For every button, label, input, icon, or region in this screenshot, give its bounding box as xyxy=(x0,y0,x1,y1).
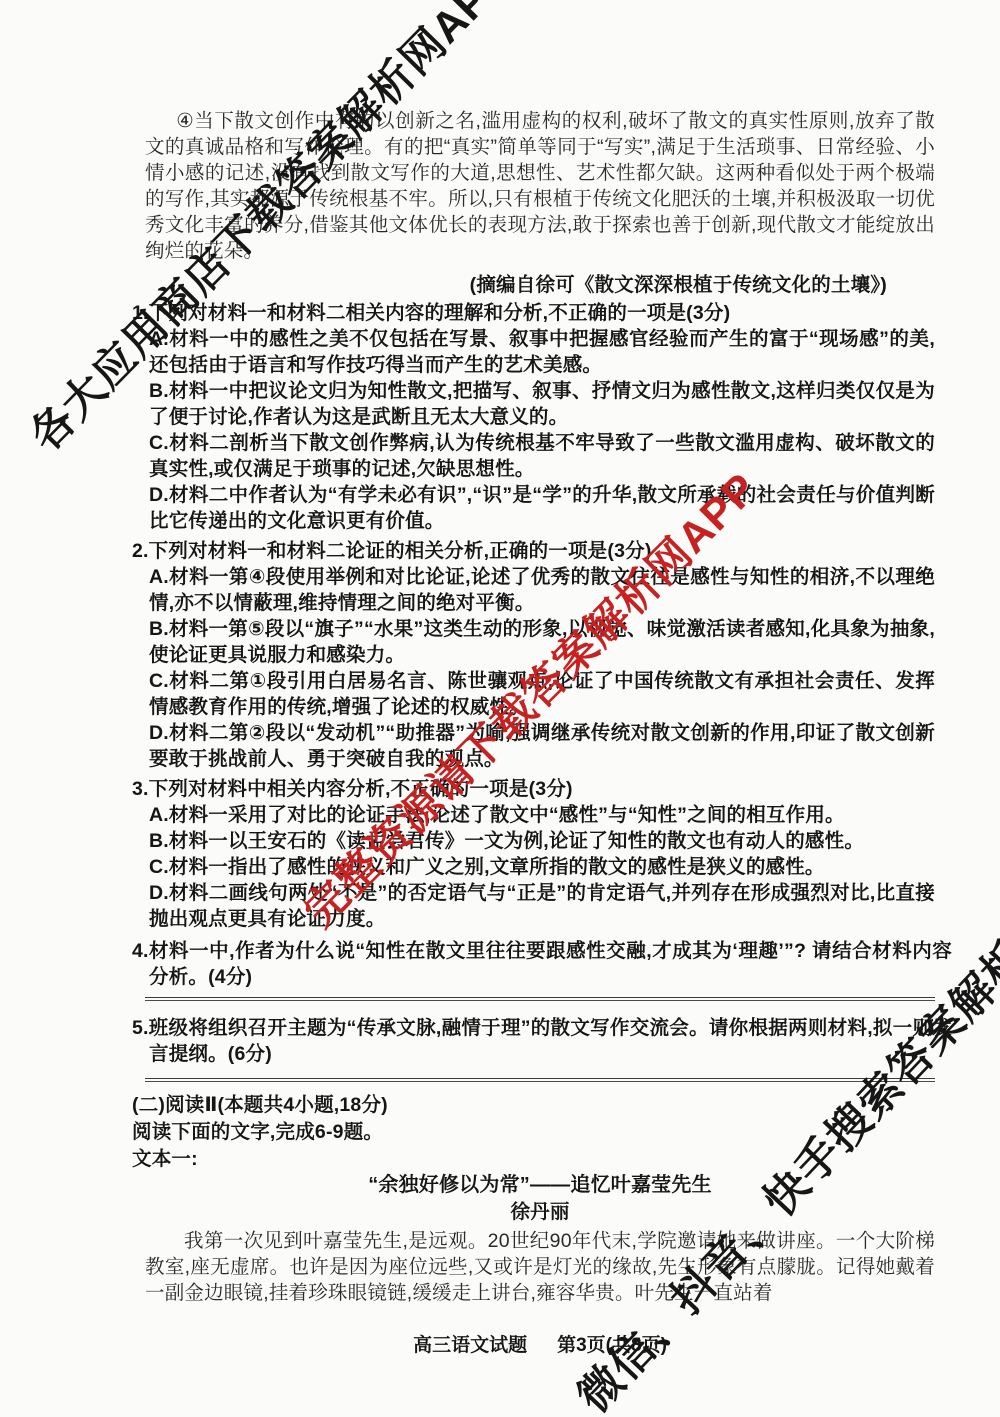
footer-exam-title: 高三语文试题 xyxy=(413,1330,527,1357)
question-1-option-a: A.材料一中的感性之美不仅包括在写景、叙事中把握感官经验而产生的富于“现场感”的… xyxy=(132,326,935,378)
material-attribution: (摘编自徐可《散文深深根植于传统文化的土壤》) xyxy=(470,272,887,298)
essay-title: “余独好修以为常”——追忆叶嘉莹先生 xyxy=(145,1172,935,1198)
question-1-stem: 1.下列对材料一和材料二相关内容的理解和分析,不正确的一项是(3分) xyxy=(132,300,935,326)
question-2: 2.下列对材料一和材料二论证的相关分析,正确的一项是(3分) A.材料一第④段使… xyxy=(132,538,935,772)
reading-instruction: 阅读下面的文字,完成6-9题。 xyxy=(132,1119,935,1145)
question-1-option-b: B.材料一中把议论文归为知性散文,把描写、叙事、抒情文归为感性散文,这样归类仅仅… xyxy=(132,378,935,430)
question-3: 3.下列对材料中相关内容分析,不正确的一项是(3分) A.材料一采用了对比的论证… xyxy=(132,776,935,932)
section-2-heading: (二)阅读Ⅱ(本题共4小题,18分) xyxy=(132,1092,935,1118)
question-1-option-c: C.材料二剖析当下散文创作弊病,认为传统根基不牢导致了一些散文滥用虚构、破坏散文… xyxy=(132,430,935,482)
page-footer: 高三语文试题 第3页(共8页) xyxy=(145,1330,935,1357)
exam-page-scan: ④当下散文创作中有的以创新之名,滥用虚构的权利,破坏了散文的真实性原则,放弃了散… xyxy=(0,0,1000,1417)
question-1-option-d: D.材料二中作者认为“有学未必有识”,“识”是“学”的升华,散文所承载的社会责任… xyxy=(132,482,935,534)
text-one-label: 文本一: xyxy=(132,1146,935,1172)
question-3-option-d: D.材料二画线句两处“不是”的否定语气与“正是”的肯定语气,并列存在形成强烈对比… xyxy=(132,880,935,932)
essay-paragraph-1: 我第一次见到叶嘉莹先生,是远观。20世纪90年代末,学院邀请她来做讲座。一个大阶… xyxy=(145,1228,935,1306)
divider-above-q5 xyxy=(145,997,935,1001)
question-2-option-d: D.材料二第②段以“发动机”“助推器”为喻,强调继承传统对散文创新的作用,印证了… xyxy=(132,720,935,772)
divider-below-q5 xyxy=(145,1078,935,1082)
question-4: 4.材料一中,作者为什么说“知性在散文里往往要跟感性交融,才成其为‘理趣’”? … xyxy=(132,938,952,990)
question-3-option-a: A.材料一采用了对比的论证手法,论述了散文中“感性”与“知性”之间的相互作用。 xyxy=(132,802,935,828)
footer-page-info: 第3页(共8页) xyxy=(557,1330,667,1357)
question-5: 5.班级将组织召开主题为“传承文脉,融情于理”的散文写作交流会。请你根据两则材料… xyxy=(132,1015,952,1067)
question-3-option-c: C.材料一指出了感性的狭义和广义之别,文章所指的散文的感性是狭义的感性。 xyxy=(132,854,935,880)
question-2-option-b: B.材料一第⑤段以“旗子”“水果”这类生动的形象,以视觉、味觉激活读者感知,化具… xyxy=(132,616,935,668)
question-3-option-b: B.材料一以王安石的《读孟尝君传》一文为例,论证了知性的散文也有动人的感性。 xyxy=(132,828,935,854)
material-paragraph-4: ④当下散文创作中有的以创新之名,滥用虚构的权利,破坏了散文的真实性原则,放弃了散… xyxy=(145,108,935,264)
essay-author: 徐丹丽 xyxy=(145,1199,935,1225)
question-1: 1.下列对材料一和材料二相关内容的理解和分析,不正确的一项是(3分) A.材料一… xyxy=(132,300,935,534)
question-2-option-a: A.材料一第④段使用举例和对比论证,论述了优秀的散文往往是感性与知性的相济,不以… xyxy=(132,564,935,616)
question-3-stem: 3.下列对材料中相关内容分析,不正确的一项是(3分) xyxy=(132,776,935,802)
question-2-option-c: C.材料二第①段引用白居易名言、陈世骧观点,论证了中国传统散文有承担社会责任、发… xyxy=(132,668,935,720)
question-2-stem: 2.下列对材料一和材料二论证的相关分析,正确的一项是(3分) xyxy=(132,538,935,564)
